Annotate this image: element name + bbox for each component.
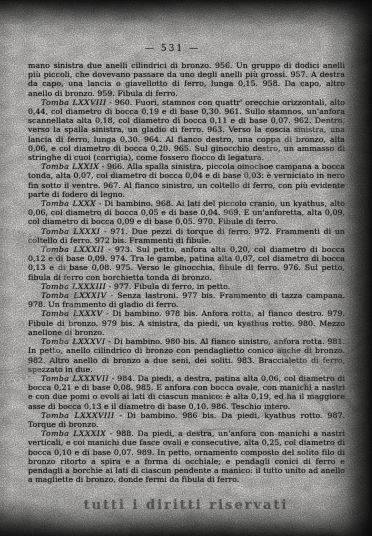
paragraph-text: mano sinistra due anelli cilindrici di b… (28, 61, 345, 98)
tomb-label: Tomba LXXXIV (41, 291, 107, 300)
catalogue-paragraph: Tomba LXXXIV - Senza lastroni. 977 bis. … (28, 291, 345, 309)
catalogue-paragraph: Tomba LXXXV - Di bambino. 978 bis. Anfor… (28, 309, 345, 337)
catalogue-paragraph: Tomba LXXVIII - 960. Fuori, stamnos con … (28, 98, 345, 162)
page-number: — 531 — (0, 44, 345, 54)
catalogue-paragraph: Tomba LXXXVI - Di bambino. 980 bis. Al f… (28, 337, 345, 374)
tomb-label: Tomba LXXXVIII (41, 411, 114, 420)
catalogue-paragraph: mano sinistra due anelli cilindrici di b… (28, 61, 345, 98)
catalogue-paragraph: Tomba LXXXIX - 988. Da piedi, a destra, … (28, 429, 345, 484)
catalogue-paragraph: Tomba LXXXIII - 977. Fibula di ferro, in… (28, 282, 345, 291)
paragraph-text: - 960. Fuori, stamnos con quattr' orecch… (28, 98, 345, 162)
tomb-label: Tomba LXXXVI (41, 337, 105, 346)
tomb-label: Tomba LXXXII (41, 245, 104, 254)
catalogue-paragraph: Tomba LXXXII - 973. Sul petto, anfora al… (28, 245, 345, 282)
tomb-label: Tomba LXXXI (41, 227, 100, 236)
tomb-label: Tomba LXXXVII (41, 374, 109, 383)
copyright-watermark: tutti i diritti riservati (0, 498, 372, 513)
tomb-label: Tomba LXXX (41, 199, 96, 208)
tomb-label: Tomba LXXXIII (41, 282, 106, 291)
catalogue-paragraph: Tomba LXXXI - 971. Due pezzi di torque d… (28, 227, 345, 245)
paragraph-text: - 988. Da piedi, a destra, un'anfora con… (28, 429, 345, 484)
catalogue-paragraph: Tomba LXXX - Di bambino. 968. Ai lati de… (28, 199, 345, 227)
text-column: mano sinistra due anelli cilindrici di b… (28, 61, 345, 484)
catalogue-paragraph: Tomba LXXIX - 966. Alla spalla sinistra,… (28, 162, 345, 199)
catalogue-paragraph: Tomba LXXXVII - 984. Da piedi, a destra,… (28, 374, 345, 411)
tomb-label: Tomba LXXIX (41, 162, 99, 171)
paragraph-text: - 977. Fibula di ferro, in petto. (106, 282, 230, 291)
tomb-label: Tomba LXXVIII (41, 98, 106, 107)
tomb-label: Tomba LXXXV (41, 309, 103, 318)
scanned-book-page: — 531 — mano sinistra due anelli cilindr… (0, 0, 372, 536)
catalogue-paragraph: Tomba LXXXVIII - Di bambino. 986 bis. Da… (28, 411, 345, 429)
tomb-label: Tomba LXXXIX (41, 429, 106, 438)
